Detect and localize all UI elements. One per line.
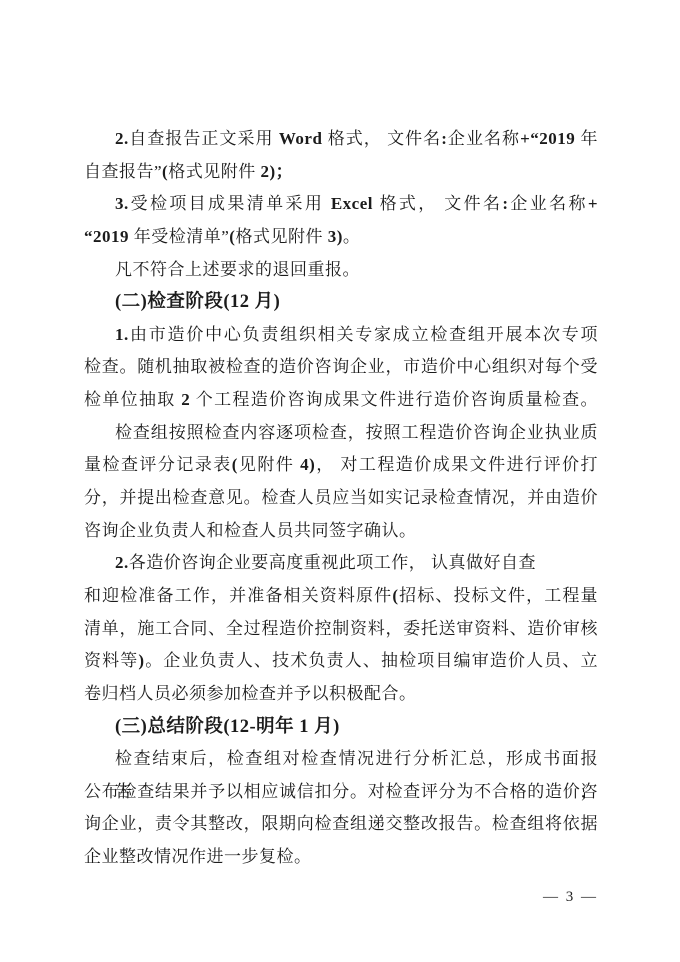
text-line: 检单位抽取 2 个工程造价咨询成果文件进行造价咨询质量检查。 (84, 384, 598, 417)
text-segment: 4) (300, 455, 315, 474)
text-line: 资料等)。企业负责人、技术负责人、抽检项目编审造价人员、立 (84, 645, 598, 678)
text-segment: 。企业负责人、技术负责人、抽检项目编审造价人员、立 (145, 651, 598, 670)
text-segment: 3) (328, 227, 343, 246)
text-segment: 检查组按照检查内容逐项检查，按照工程造价咨询企业执业质 (115, 423, 598, 442)
text-line: 量检查评分记录表(见附件 4)， 对工程造价成果文件进行评价打 (84, 449, 598, 482)
text-line: 咨询企业负责人和检查人员共同签字确认。 (84, 515, 598, 548)
text-segment: 检单位抽取 (84, 390, 181, 409)
text-segment: “2019 (84, 227, 129, 246)
text-line: 检查组按照检查内容逐项检查，按照工程造价咨询企业执业质 (84, 417, 598, 450)
section-heading-line: (三)总结阶段(12-明年 1 月) (84, 711, 598, 744)
text-segment: Word (279, 129, 323, 148)
text-segment: (二)检查阶段(12 月) (115, 292, 280, 312)
text-line: 检查结束后，检查组对检查情况进行分析汇总，形成书面报告， (84, 743, 598, 776)
text-segment: 格式见附件 (168, 162, 260, 181)
text-segment: 受检项目成果清单采用 (129, 194, 331, 213)
text-segment: ， 对工程造价成果文件进行评价打 (315, 455, 598, 474)
text-segment: 检查。随机抽取被检查的造价咨询企业，市造价中心组织对每个受 (84, 357, 598, 376)
text-segment: + (588, 194, 598, 213)
text-line: 自查报告”(格式见附件 2)； (84, 156, 598, 189)
text-segment: 格式见附件 (235, 227, 327, 246)
text-segment: +“2019 (520, 129, 575, 148)
text-segment: 1. (115, 325, 129, 344)
text-line: 公布检查结果并予以相应诚信扣分。对检查评分为不合格的造价咨 (84, 776, 598, 809)
text-segment: 个工程造价咨询成果文件进行造价咨询质量检查。 (190, 390, 598, 409)
text-line: 2.自查报告正文采用 Word 格式， 文件名:企业名称+“2019 年 (84, 123, 598, 156)
document-page: 2.自查报告正文采用 Word 格式， 文件名:企业名称+“2019 年自查报告… (0, 0, 680, 962)
text-segment: 格式， 文件名 (322, 129, 441, 148)
page-number: — 3 — (84, 889, 598, 906)
text-line: “2019 年受检清单”(格式见附件 3)。 (84, 221, 598, 254)
text-line: 凡不符合上述要求的退回重报。 (84, 254, 598, 287)
text-segment: 见附件 (238, 455, 300, 474)
text-segment: 年 (575, 129, 598, 148)
text-segment: 咨询企业负责人和检查人员共同签字确认。 (84, 521, 417, 540)
section-heading-line: (二)检查阶段(12 月) (84, 286, 598, 319)
text-segment: 卷归档人员必须参加检查并予以积极配合。 (84, 684, 417, 703)
text-segment: 清单，施工合同、全过程造价控制资料，委托送审资料、造价审核 (84, 619, 598, 638)
text-segment: 。 (343, 227, 361, 246)
text-segment: 2. (115, 553, 129, 572)
text-segment: 企业整改情况作进一步复检。 (84, 847, 312, 866)
text-segment: 量检查评分记录表 (84, 455, 232, 474)
document-body: 2.自查报告正文采用 Word 格式， 文件名:企业名称+“2019 年自查报告… (84, 123, 598, 874)
text-segment: 企业名称 (509, 194, 588, 213)
text-segment: 企业名称 (447, 129, 520, 148)
text-segment: (三)总结阶段(12-明年 1 月) (115, 717, 340, 737)
text-segment: 3. (115, 194, 129, 213)
text-line: 1.由市造价中心负责组织相关专家成立检查组开展本次专项 (84, 319, 598, 352)
text-segment: 2)； (260, 162, 293, 181)
text-line: 企业整改情况作进一步复检。 (84, 841, 598, 874)
text-line: 分，并提出检查意见。检查人员应当如实记录检查情况，并由造价 (84, 482, 598, 515)
text-line: 3.受检项目成果清单采用 Excel 格式， 文件名:企业名称+ (84, 188, 598, 221)
text-line: 2.各造价咨询企业要高度重视此项工作， 认真做好自查 (84, 547, 598, 580)
text-line: 和迎检准备工作，并准备相关资料原件(招标、投标文件，工程量 (84, 580, 598, 613)
text-segment: 格式， 文件名 (373, 194, 502, 213)
text-segment: 询企业，责令其整改，限期向检查组递交整改报告。检查组将依据 (84, 814, 598, 833)
text-segment: 凡不符合上述要求的退回重报。 (115, 260, 360, 279)
text-segment: 年受检清单” (129, 227, 229, 246)
text-segment: Excel (331, 194, 373, 213)
text-segment: 各造价咨询企业要高度重视此项工作， 认真做好自查 (129, 553, 536, 572)
text-line: 卷归档人员必须参加检查并予以积极配合。 (84, 678, 598, 711)
text-segment: 资料等 (84, 651, 138, 670)
text-segment: 分，并提出检查意见。检查人员应当如实记录检查情况，并由造价 (84, 488, 598, 507)
text-segment: 和迎检准备工作，并准备相关资料原件 (84, 586, 392, 605)
text-segment: 2. (115, 129, 129, 148)
text-line: 询企业，责令其整改，限期向检查组递交整改报告。检查组将依据 (84, 808, 598, 841)
text-line: 检查。随机抽取被检查的造价咨询企业，市造价中心组织对每个受 (84, 351, 598, 384)
text-segment: 公布检查结果并予以相应诚信扣分。对检查评分为不合格的造价咨 (84, 782, 598, 801)
text-segment: 由市造价中心负责组织相关专家成立检查组开展本次专项 (129, 325, 598, 344)
text-segment: 自查报告正文采用 (129, 129, 279, 148)
text-segment: 招标、投标文件，工程量 (399, 586, 599, 605)
text-line: 清单，施工合同、全过程造价控制资料，委托送审资料、造价审核 (84, 613, 598, 646)
text-segment: 自查报告” (84, 162, 162, 181)
text-segment: 2 (181, 390, 190, 409)
